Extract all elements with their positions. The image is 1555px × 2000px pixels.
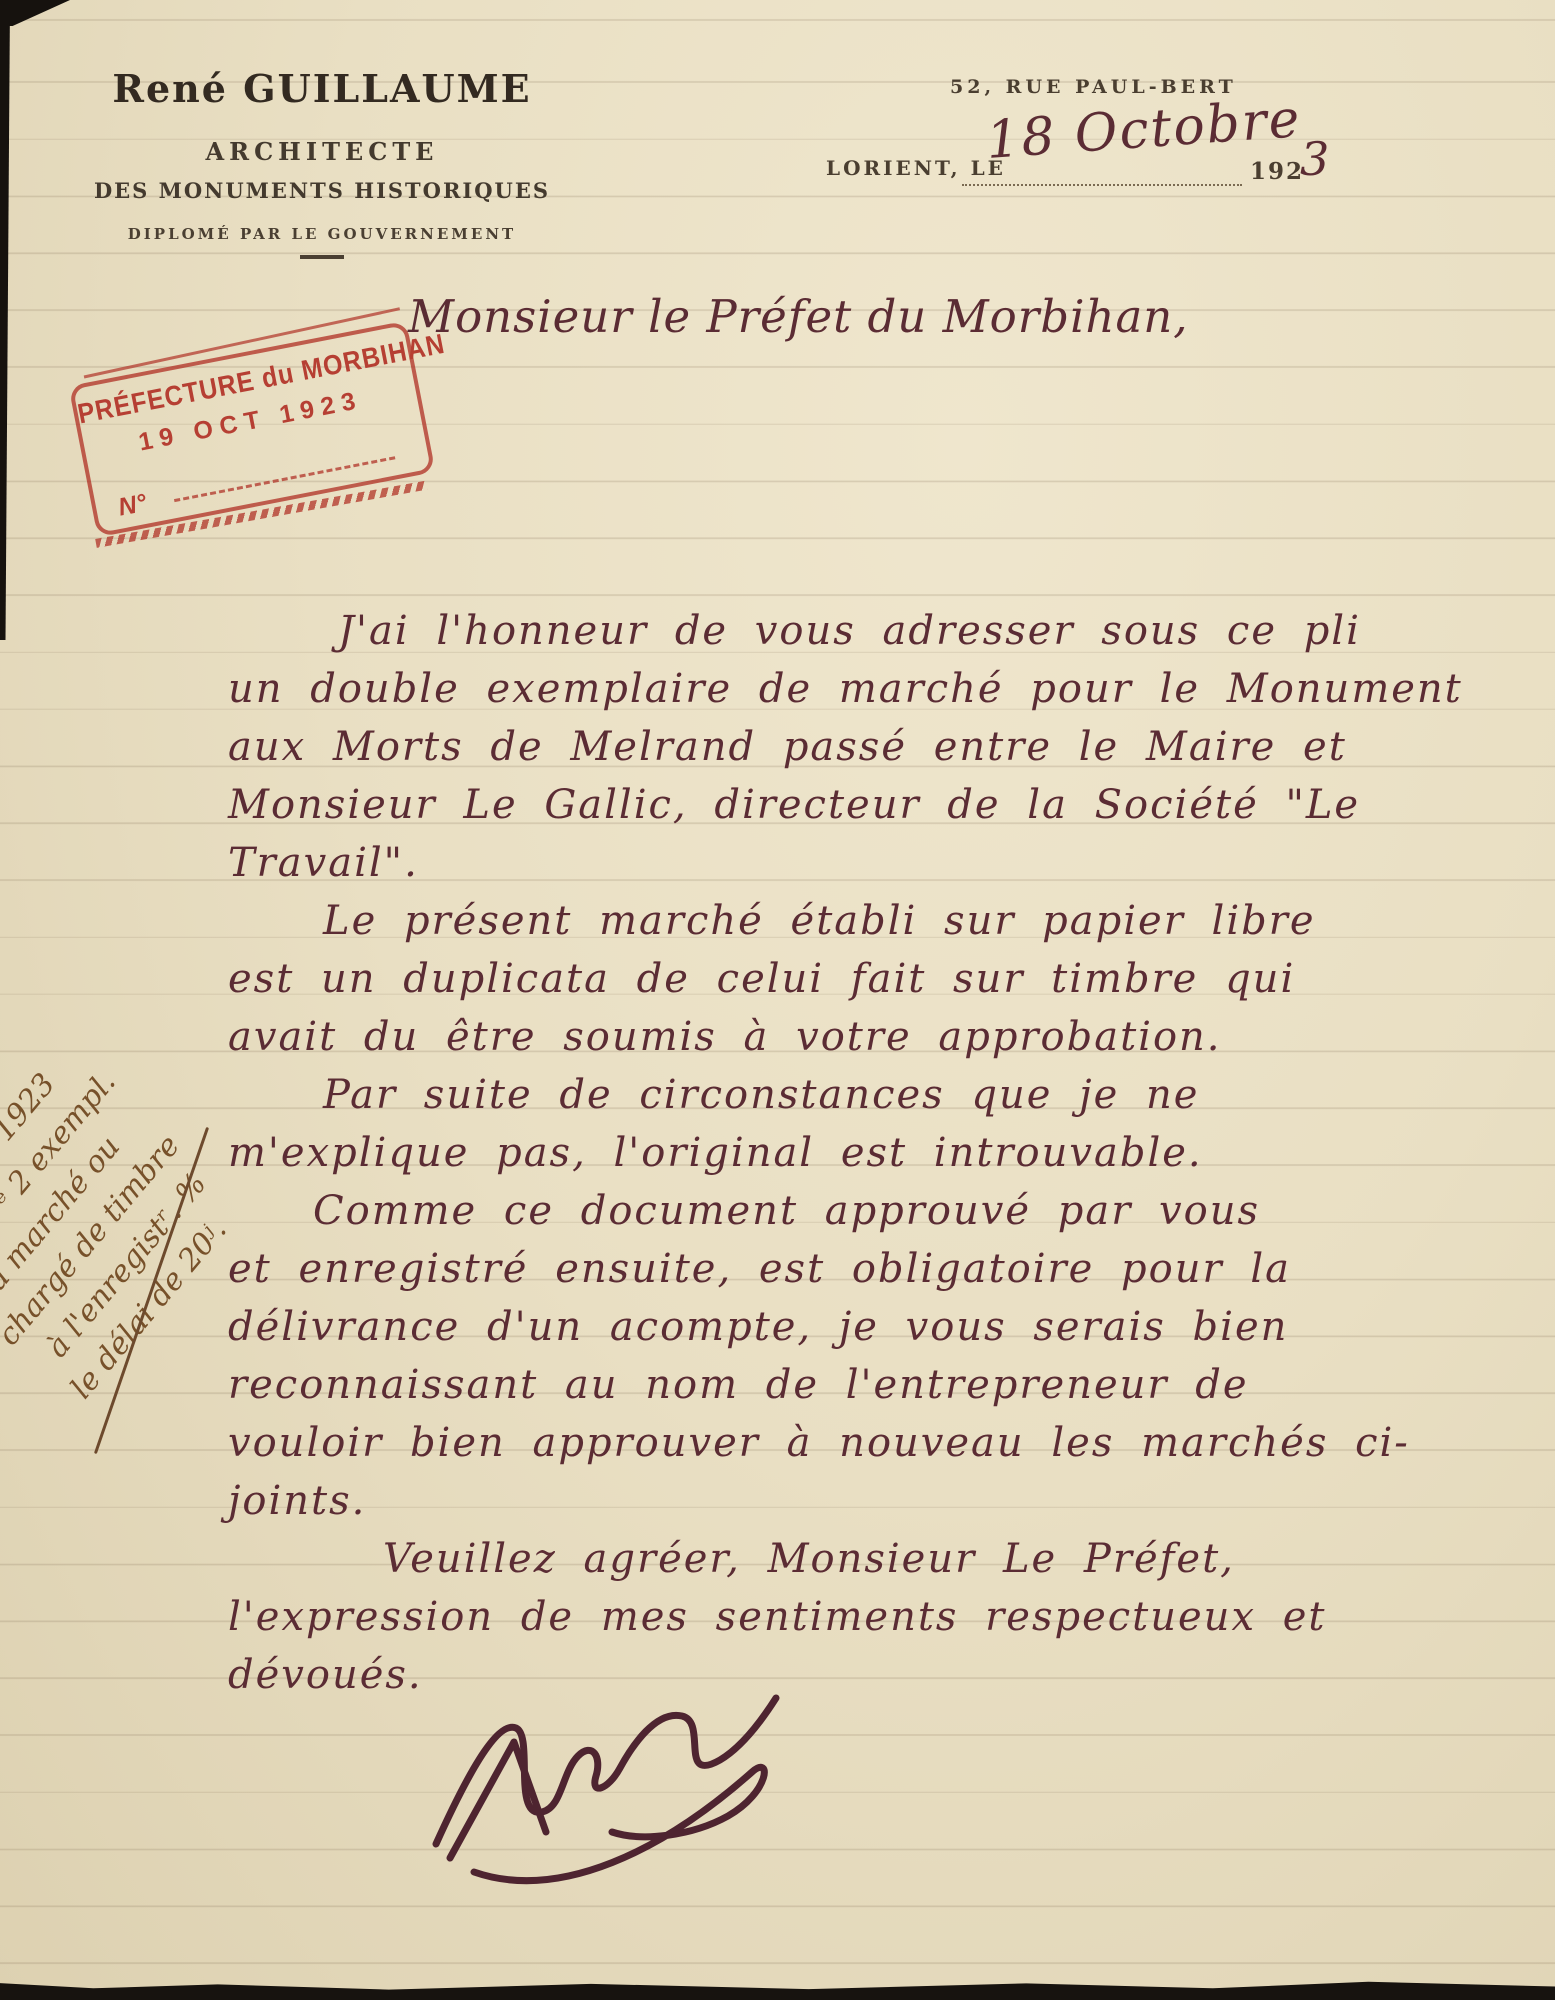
handwritten-line: est un duplicata de celui fait sur timbr… <box>228 950 1538 1008</box>
letterhead-name: René GUILLAUME <box>92 66 552 111</box>
letterhead-city-label: LORIENT, LE <box>826 156 1006 180</box>
signature-drawing <box>420 1662 800 1902</box>
scan-edge-left <box>0 0 10 640</box>
handwritten-line: Comme ce document approuvé par vous <box>228 1182 1538 1240</box>
letterhead: René GUILLAUME ARCHITECTE DES MONUMENTS … <box>92 66 552 259</box>
scan-edge-bottom <box>0 1974 1555 2000</box>
handwritten-line: Travail". <box>228 834 1538 892</box>
handwritten-line: délivrance d'un acompte, je vous serais … <box>228 1298 1538 1356</box>
handwritten-line: un double exemplaire de marché pour le M… <box>228 660 1538 718</box>
handwritten-line: J'ai l'honneur de vous adresser sous ce … <box>228 602 1538 660</box>
printed-year: 192 <box>1250 158 1304 185</box>
salutation: Monsieur le Préfet du Morbihan, <box>408 290 1189 343</box>
handwritten-line: vouloir bien approuver à nouveau les mar… <box>228 1414 1538 1472</box>
handwritten-line: Veuillez agréer, Monsieur Le Préfet, <box>228 1530 1538 1588</box>
handwritten-year-digit: 3 <box>1300 132 1329 186</box>
handwritten-line: Par suite de circonstances que je ne <box>228 1066 1538 1124</box>
handwritten-line: Monsieur Le Gallic, directeur de la Soci… <box>228 776 1538 834</box>
handwritten-line: reconnaissant au nom de l'entrepreneur d… <box>228 1356 1538 1414</box>
handwritten-line: Le présent marché établi sur papier libr… <box>228 892 1538 950</box>
letterhead-role-architecte: ARCHITECTE <box>92 137 552 166</box>
signature <box>420 1662 800 1902</box>
letterhead-role-monuments: DES MONUMENTS HISTORIQUES <box>92 178 552 203</box>
letterhead-rule <box>300 255 344 259</box>
stamp-number-label: N° <box>116 489 149 523</box>
handwritten-line: avait du être soumis à votre approbation… <box>228 1008 1538 1066</box>
handwritten-line: joints. <box>228 1472 1538 1530</box>
paragraph-3: Par suite de circonstances que je nem'ex… <box>228 1066 1538 1182</box>
scan-edge-top-left-corner <box>0 0 70 26</box>
paragraph-2: Le présent marché établi sur papier libr… <box>228 892 1538 1066</box>
handwritten-line: m'explique pas, l'original est introuvab… <box>228 1124 1538 1182</box>
date-dotted-line <box>962 184 1242 186</box>
letterhead-address: 52, RUE PAUL-BERT <box>950 76 1237 98</box>
paragraph-1: J'ai l'honneur de vous adresser sous ce … <box>228 602 1538 892</box>
handwritten-line: et enregistré ensuite, est obligatoire p… <box>228 1240 1538 1298</box>
stamp-number-line <box>174 456 395 502</box>
prefecture-stamp: PRÉFECTURE du MORBIHAN 19 OCT 1923 N° <box>68 321 435 538</box>
letterhead-role-diplome: DIPLOMÉ PAR LE GOUVERNEMENT <box>92 225 552 243</box>
handwritten-line: l'expression de mes sentiments respectue… <box>228 1588 1538 1646</box>
letter-page: René GUILLAUME ARCHITECTE DES MONUMENTS … <box>0 0 1555 2000</box>
handwritten-line: aux Morts de Melrand passé entre le Mair… <box>228 718 1538 776</box>
paragraph-4: Comme ce document approuvé par vouset en… <box>228 1182 1538 1530</box>
letter-body: J'ai l'honneur de vous adresser sous ce … <box>228 602 1538 1704</box>
